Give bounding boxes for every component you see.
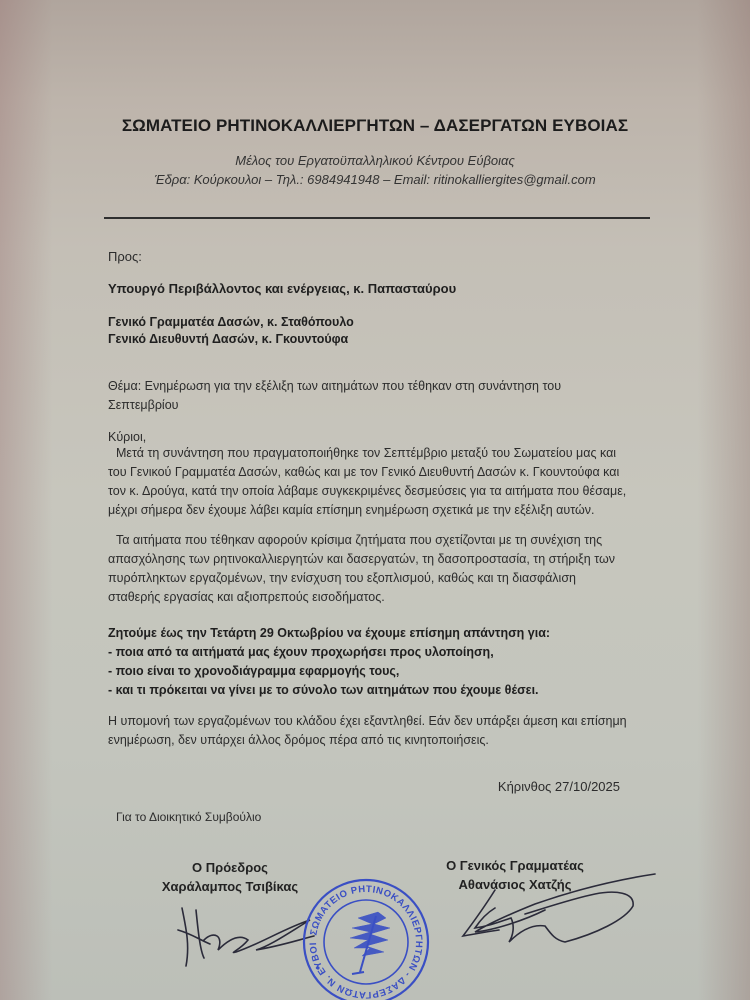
recipient-minister: Υπουργό Περιβάλλοντος και ενέργειας, κ. … <box>108 279 628 298</box>
signatory-president: Ο Πρόεδρος Χαράλαμπος Τσιβίκας <box>145 858 315 896</box>
demand-item: - και τι πρόκειται να γίνει με το σύνολο… <box>108 681 628 700</box>
contact-line: Έδρα: Κούρκουλοι – Τηλ.: 6984941948 – Em… <box>0 172 750 187</box>
secretary-signature <box>455 870 665 960</box>
signatory-title: Ο Πρόεδρος <box>145 858 315 877</box>
body-paragraph-1: Μετά τη συνάντηση που πραγματοποιήθηκε τ… <box>108 444 628 520</box>
recipients-label: Προς: <box>108 247 628 266</box>
organization-title: ΣΩΜΑΤΕΙΟ ΡΗΤΙΝΟΚΑΛΛΙΕΡΓΗΤΩΝ – ΔΑΣΕΡΓΑΤΩΝ… <box>0 116 750 136</box>
demands-intro: Ζητούμε έως την Τετάρτη 29 Οκτωβρίου να … <box>108 624 628 643</box>
stamp-dot <box>316 966 319 969</box>
subject-line: Θέμα: Ενημέρωση για την εξέλιξη των αιτη… <box>108 377 628 415</box>
place-date: Κήρινθος 27/10/2025 <box>480 779 620 794</box>
president-signature <box>170 900 320 975</box>
demand-item: - ποια από τα αιτήματά μας έχουν προχωρή… <box>108 643 628 662</box>
closing-paragraph: Η υπομονή των εργαζομένων του κλάδου έχε… <box>108 712 628 750</box>
demand-item: - ποιο είναι το χρονοδιάγραμμα εφαρμογής… <box>108 662 628 681</box>
board-line: Για το Διοικητικό Συμβούλιο <box>116 810 261 824</box>
demands-block: Ζητούμε έως την Τετάρτη 29 Οκτωβρίου να … <box>108 624 628 700</box>
signatory-name: Χαράλαμπος Τσιβίκας <box>145 877 315 896</box>
pine-tree-icon <box>350 912 390 974</box>
letterhead-divider <box>104 217 650 219</box>
membership-line: Μέλος του Εργατοϋπαλληλικού Κέντρου Εύβο… <box>0 153 750 168</box>
recipient-director-general: Γενικό Διευθυντή Δασών, κ. Γκουντούφα <box>108 330 628 349</box>
union-stamp: ΣΩΜΑΤΕΙΟ ΡΗΤΙΝΟΚΑΛΛΙΕΡΓΗΤΩΝ - ΔΑΣΕΡΓΑΤΩΝ… <box>300 876 432 1000</box>
letter-document: ΣΩΜΑΤΕΙΟ ΡΗΤΙΝΟΚΑΛΛΙΕΡΓΗΤΩΝ – ΔΑΣΕΡΓΑΤΩΝ… <box>0 0 750 1000</box>
body-paragraph-2: Τα αιτήματα που τέθηκαν αφορούν κρίσιμα … <box>108 531 628 607</box>
